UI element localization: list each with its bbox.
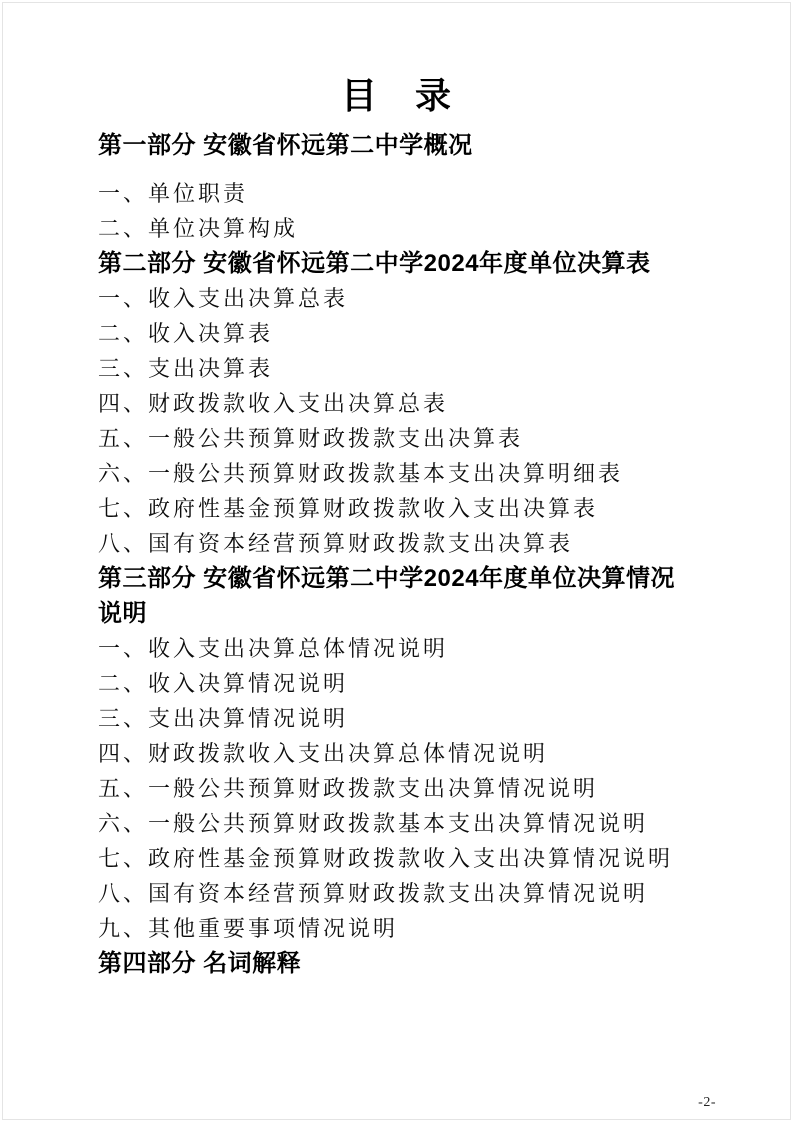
toc-item-3-2: 二、收入决算情况说明 <box>98 666 695 701</box>
part-2-heading: 第二部分 安徽省怀远第二中学2024年度单位决算表 <box>98 246 695 281</box>
toc-item-3-1: 一、收入支出决算总体情况说明 <box>98 631 695 666</box>
toc-item-2-5: 五、一般公共预算财政拨款支出决算表 <box>98 421 695 456</box>
toc-item-3-4: 四、财政拨款收入支出决算总体情况说明 <box>98 736 695 771</box>
toc-item-1-2: 二、单位决算构成 <box>98 211 695 246</box>
toc-item-2-6: 六、一般公共预算财政拨款基本支出决算明细表 <box>98 456 695 491</box>
toc-item-2-1: 一、收入支出决算总表 <box>98 281 695 316</box>
toc-document: 目 录 第一部分 安徽省怀远第二中学概况 一、单位职责 二、单位决算构成 第二部… <box>0 0 793 981</box>
toc-item-2-7: 七、政府性基金预算财政拨款收入支出决算表 <box>98 491 695 526</box>
part-4-heading: 第四部分 名词解释 <box>98 946 695 981</box>
toc-item-2-8: 八、国有资本经营预算财政拨款支出决算表 <box>98 526 695 561</box>
part-3-heading: 第三部分 安徽省怀远第二中学2024年度单位决算情况说明 <box>98 561 695 631</box>
toc-item-3-8: 八、国有资本经营预算财政拨款支出决算情况说明 <box>98 876 695 911</box>
toc-item-2-4: 四、财政拨款收入支出决算总表 <box>98 386 695 421</box>
toc-item-2-3: 三、支出决算表 <box>98 351 695 386</box>
toc-item-3-3: 三、支出决算情况说明 <box>98 701 695 736</box>
toc-item-3-6: 六、一般公共预算财政拨款基本支出决算情况说明 <box>98 806 695 841</box>
toc-item-2-2: 二、收入决算表 <box>98 316 695 351</box>
toc-item-3-9: 九、其他重要事项情况说明 <box>98 911 695 946</box>
toc-item-1-1: 一、单位职责 <box>98 176 695 211</box>
part-1-heading: 第一部分 安徽省怀远第二中学概况 <box>98 128 695 163</box>
page-title: 目 录 <box>98 72 695 120</box>
toc-item-3-5: 五、一般公共预算财政拨款支出决算情况说明 <box>98 771 695 806</box>
toc-item-3-7: 七、政府性基金预算财政拨款收入支出决算情况说明 <box>98 841 695 876</box>
page-number: -2- <box>698 1095 716 1111</box>
